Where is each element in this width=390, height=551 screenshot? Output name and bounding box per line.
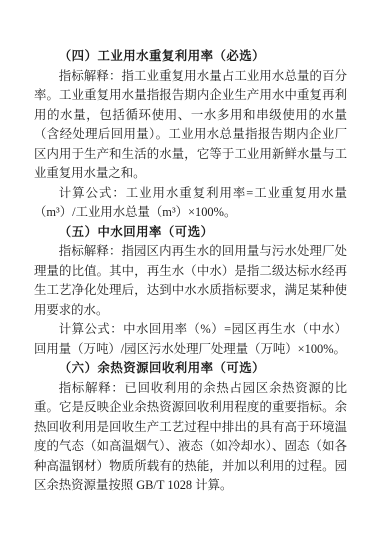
paragraph-indicator-definition: 指标解释：指工业重复用水量占工业用水总量的百分率。工业重复用水量指报告期内企业生…	[34, 67, 347, 184]
paragraph-calculation-formula: 计算公式：工业用水重复利用率=工业重复用水量（m³）/工业用水总量（m³）×10…	[34, 184, 347, 223]
section-heading-industrial-water-reuse-rate: （四）工业用水重复利用率（必选）	[34, 47, 347, 67]
paragraph-indicator-definition: 指标解释：已回收利用的余热占园区余热资源的比重。它是反映企业余热资源回收利用程度…	[34, 379, 347, 496]
paragraph-indicator-definition: 指标解释：指园区内再生水的回用量与污水处理厂处理量的比值。其中，再生水（中水）是…	[34, 242, 347, 320]
document-body: （四）工业用水重复利用率（必选） 指标解释：指工业重复用水量占工业用水总量的百分…	[34, 47, 347, 496]
section-heading-waste-heat-recovery-rate: （六）余热资源回收利用率（可选）	[34, 359, 347, 379]
section-heading-reclaimed-water-reuse-rate: （五）中水回用率（可选）	[34, 223, 347, 243]
document-page: （四）工业用水重复利用率（必选） 指标解释：指工业重复用水量占工业用水总量的百分…	[0, 0, 390, 551]
paragraph-calculation-formula: 计算公式：中水回用率（%）=园区再生水（中水）回用量（万吨）/园区污水处理厂处理…	[34, 320, 347, 359]
